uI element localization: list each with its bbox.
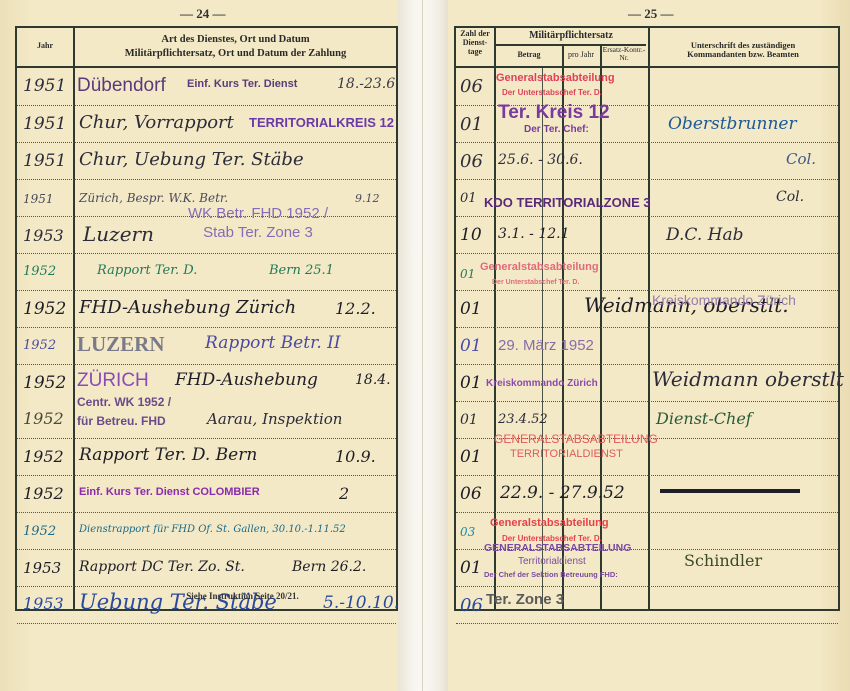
table-row: 1952 Rapport Ter. D. Bern 10.9.: [17, 438, 396, 476]
stamp-ter-kreis: Ter. Kreis 12: [498, 102, 610, 124]
row-days: 01: [460, 558, 482, 578]
row-service: Dienstrapport für FHD Of. St. Gallen, 30…: [79, 524, 346, 535]
row-place-stamp: Dübendorf: [77, 75, 166, 97]
row-days: 01: [460, 336, 482, 356]
row-days: 01: [460, 447, 482, 467]
row-entry: 22.9. - 27.9.52: [500, 483, 625, 503]
stamp-generalstab-sub: Der Unterstabschef Ter. D.: [502, 88, 602, 97]
stamp-generalstab: Generalstabsabteilung: [496, 72, 615, 84]
table-row: 1951 Chur, Vorrapport TERRITORIALKREIS 1…: [17, 105, 396, 143]
row-stamp: WK Betr. FHD 1952 / Stab Ter. Zone 3: [173, 204, 343, 242]
row-service: Luzern: [83, 222, 154, 246]
row-year: 1952: [23, 484, 64, 503]
row-service: Chur, Vorrapport: [79, 112, 234, 133]
row-signature: Dienst-Chef: [656, 409, 752, 428]
header-signature: Unterschrift des zuständigen Kommandante…: [648, 41, 838, 60]
row-service: FHD-Aushebung Zürich: [79, 297, 296, 318]
table-row: 1952 ZÜRICH FHD-Aushebung 18.4.: [17, 364, 396, 401]
table-row: 1952 Rapport Ter. D. Bern 25.1: [17, 253, 396, 291]
signature-scribble: [660, 489, 800, 493]
row-days: 03: [460, 525, 475, 539]
row-date: 2: [339, 484, 349, 503]
row-year: 1952: [23, 524, 56, 539]
row-service: Rapport Ter. D.: [97, 263, 197, 278]
row-stamp: Centr. WK 1952 / für Betreu. FHD: [77, 393, 189, 431]
row-days: 06: [460, 595, 483, 616]
row-year: 1953: [23, 226, 64, 245]
stamp-generalstab-caps: GENERALSTABSABTEILUNG: [484, 542, 631, 554]
table-row: 1953 Rapport DC Ter. Zo. St. Bern 26.2.: [17, 549, 396, 587]
header-per-year: pro Jahr: [562, 51, 600, 60]
row-year: 1952: [23, 409, 64, 428]
row-year: 1952: [23, 299, 66, 319]
row-days: 01: [460, 267, 475, 281]
table-row: 10 3.1. - 12.1 D.C. Hab: [456, 216, 838, 254]
row-place-stamp: ZÜRICH: [77, 370, 149, 392]
table-row: 1951 Dübendorf Einf. Kurs Ter. Dienst 18…: [17, 68, 396, 106]
row-days: 01: [460, 114, 483, 135]
row-signature: Schindler: [684, 551, 762, 570]
page-number: — 24 —: [180, 6, 226, 22]
row-days: 10: [460, 225, 482, 245]
row-service: Zürich, Bespr. W.K. Betr.: [79, 191, 228, 205]
row-stamp: Einf. Kurs Ter. Dienst: [187, 78, 297, 90]
book-spine: [398, 0, 448, 691]
stamp-generalstab: Generalstabsabteilung: [480, 261, 599, 273]
row-service: Rapport Ter. D. Bern: [79, 445, 257, 465]
row-year: 1952: [23, 447, 64, 466]
header-year: Jahr: [17, 42, 73, 51]
row-service: Rapport Betr. II: [205, 333, 341, 353]
row-days: 06: [460, 76, 483, 97]
table-row: 1952 FHD-Aushebung Zürich 12.2.: [17, 290, 396, 328]
table-header: Zahl der Dienst-tage Militärpflichtersat…: [456, 28, 838, 68]
row-days: 01: [460, 191, 477, 206]
table-row: 06 22.9. - 27.9.52: [456, 475, 838, 513]
instruction-note: Siehe Instruktion Seite 20/21.: [89, 591, 396, 601]
row-signature: Weidmann oberstlt: [652, 367, 844, 391]
row-year: 1951: [23, 114, 66, 134]
row-signature: D.C. Hab: [666, 225, 743, 245]
stamp-territorialdienst: TERRITORIALDIENST: [510, 448, 623, 460]
row-year: 1951: [23, 192, 54, 206]
row-signature: Col.: [776, 189, 804, 205]
header-days: Zahl der Dienst-tage: [456, 30, 494, 56]
row-stamp: TERRITORIALKREIS 12: [249, 115, 394, 130]
stamp-ter-chef: Der Ter. Chef:: [524, 124, 589, 135]
stamp-generalstab-caps: GENERALSTABSABTEILUNG: [494, 432, 658, 446]
header-tax-group: Militärpflichtersatz: [496, 30, 646, 41]
stamp-generalstab: Generalstabsabteilung: [490, 517, 609, 529]
table-row: 1952 Dienstrapport für FHD Of. St. Galle…: [17, 512, 396, 550]
row-entry: 25.6. - 30.6.: [498, 152, 583, 168]
row-date: Bern 25.1: [269, 263, 334, 278]
table-row: 1953 Luzern WK Betr. FHD 1952 / Stab Ter…: [17, 216, 396, 254]
row-days: 01: [460, 412, 478, 428]
stamp-kreiskommando: Kreiskommando Zürich: [486, 378, 598, 389]
stamp-chef-sektion: Der Chef der Sektion Betreuung FHD:: [484, 570, 618, 579]
left-page: — 24 — Jahr Art des Dienstes, Ort und Da…: [0, 0, 398, 691]
stamp-territorialdienst: Territorialdienst: [518, 556, 586, 567]
row-year: 1953: [23, 594, 64, 613]
header-service-line1: Art des Dienstes, Ort und Datum: [75, 34, 396, 46]
row-date: 12.2.: [335, 299, 376, 318]
row-year: 1952: [23, 264, 56, 279]
page-number: — 25 —: [628, 6, 674, 22]
table-row: 1952 Einf. Kurs Ter. Dienst COLOMBIER 2: [17, 475, 396, 513]
row-days: 06: [460, 484, 482, 504]
row-service: Chur, Uebung Ter. Stäbe: [79, 149, 304, 170]
stamp-ter-zone: Ter. Zone 3: [486, 591, 564, 608]
row-signature: Col.: [786, 150, 816, 168]
row-days: 01: [460, 299, 482, 319]
header-control-nr: Ersatz-Kontr.-Nr.: [600, 46, 648, 63]
row-entry: 23.4.52: [498, 412, 548, 427]
row-date: Bern 26.2.: [292, 559, 366, 575]
row-service: Aarau, Inspektion: [207, 410, 342, 428]
row-year: 1952: [23, 373, 66, 393]
payment-table: Zahl der Dienst-tage Militärpflichtersat…: [454, 26, 840, 611]
table-row: 1952 Centr. WK 1952 / für Betreu. FHD Aa…: [17, 401, 396, 439]
row-date: 18.-23.6: [337, 76, 395, 92]
row-entry: 3.1. - 12.1: [498, 226, 570, 242]
header-service-line2: Militärpflichtersatz, Ort und Datum der …: [75, 48, 396, 60]
row-days: 01: [460, 373, 482, 393]
table-row: 06 25.6. - 30.6. Col.: [456, 142, 838, 180]
row-signature: Oberstbrunner: [668, 114, 797, 134]
stamp-kreiskommando: Kreiskommando Zürich: [652, 292, 796, 308]
stamp-date: 29. März 1952: [498, 337, 594, 354]
row-year: 1952: [23, 338, 56, 353]
table-row: 1951 Chur, Uebung Ter. Stäbe: [17, 142, 396, 180]
table-row: 01 Schindler: [456, 549, 838, 587]
row-date: 10.9.: [335, 447, 376, 466]
header-amount: Betrag: [496, 51, 562, 60]
row-year: 1951: [23, 76, 66, 96]
stamp-kdo-territorialzone: KDO TERRITORIALZONE 3: [484, 195, 651, 210]
table-row: 1952 LUZERN Rapport Betr. II: [17, 327, 396, 365]
row-service: Rapport DC Ter. Zo. St.: [79, 559, 245, 575]
service-table: Jahr Art des Dienstes, Ort und Datum Mil…: [15, 26, 398, 611]
right-page: — 25 — Zahl der Dienst-tage Militärpflic…: [448, 0, 850, 691]
row-days: 06: [460, 151, 483, 172]
row-date: 18.4.: [355, 372, 391, 388]
row-place-stamp: LUZERN: [77, 332, 165, 357]
row-year: 1951: [23, 151, 66, 171]
row-stamp: Einf. Kurs Ter. Dienst COLOMBIER: [79, 486, 260, 498]
row-date: 9.12: [355, 192, 380, 205]
row-service: FHD-Aushebung: [175, 370, 318, 390]
stamp-generalstab-sub: Der Unterstabschef Ter. D.: [492, 279, 579, 286]
row-year: 1953: [23, 559, 61, 577]
